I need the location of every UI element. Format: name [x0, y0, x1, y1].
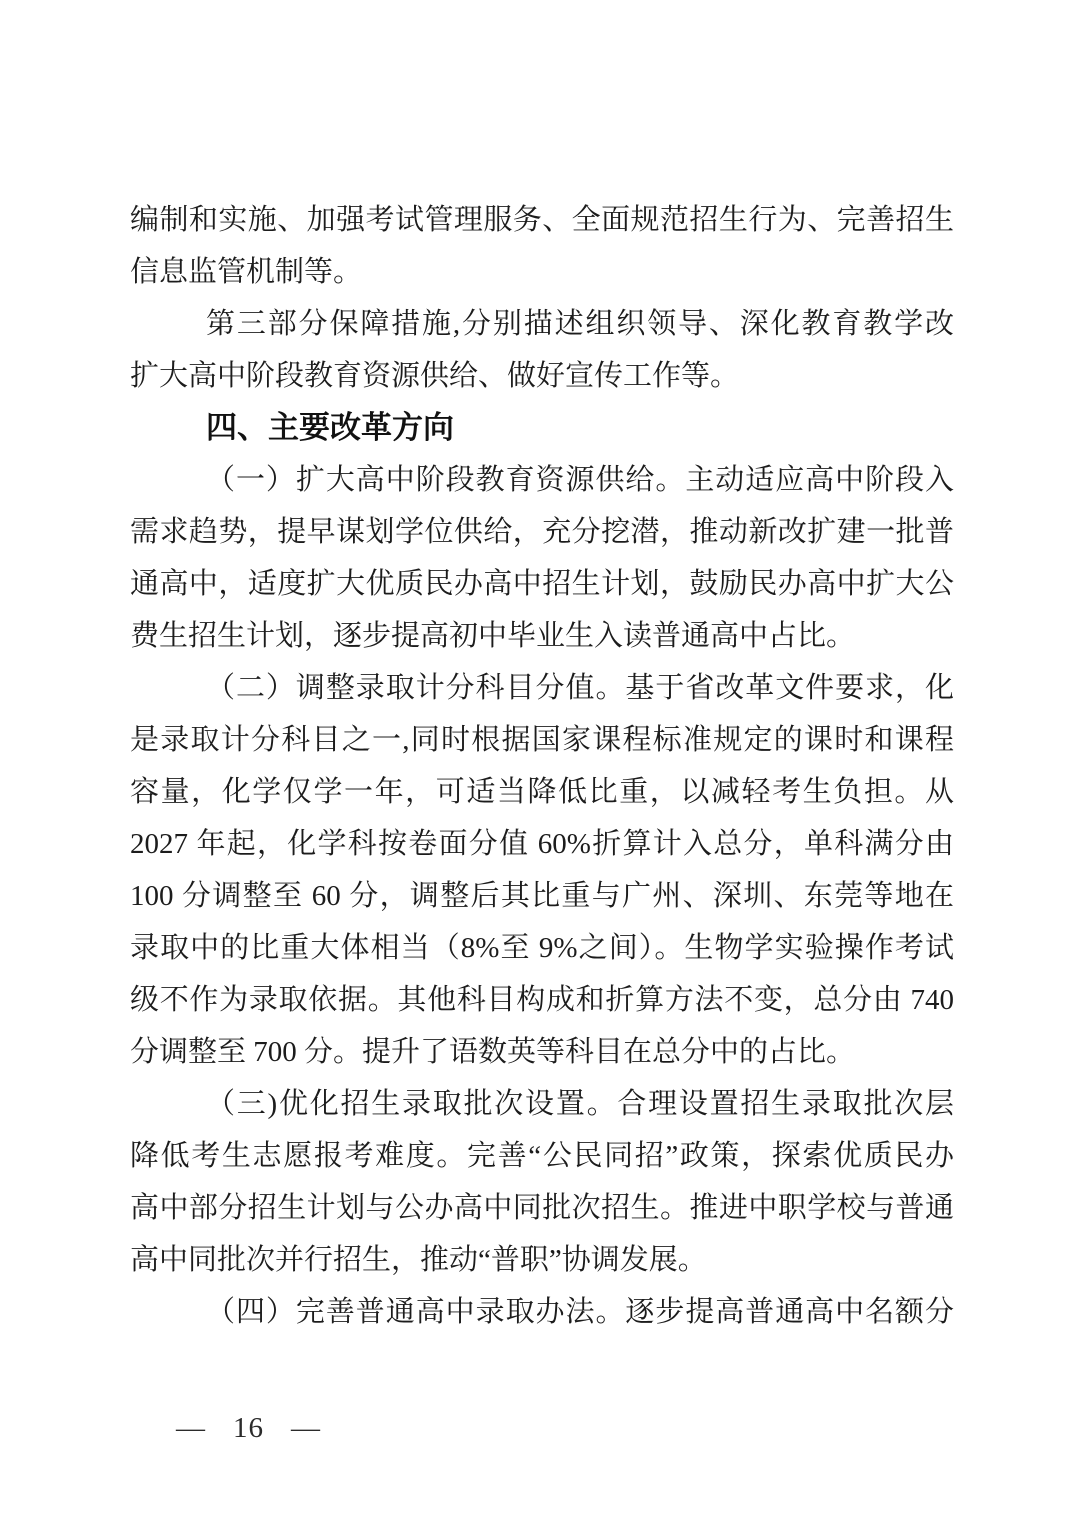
- text-line: 需求趋势，提早谋划学位供给，充分挖潜，推动新改扩建一批普: [130, 506, 954, 558]
- text-line: 高中同批次并行招生，推动“普职”协调发展。: [130, 1234, 954, 1286]
- section-heading: 四、主要改革方向: [130, 402, 954, 454]
- document-page: 编制和实施、加强考试管理服务、全面规范招生行为、完善招生信息监管机制等。第三部分…: [0, 0, 1080, 1527]
- text-line: 分调整至 700 分。提升了语数英等科目在总分中的占比。: [130, 1026, 954, 1078]
- page-footer: — 16 —: [176, 1412, 321, 1445]
- text-line: 第三部分保障措施,分别描述组织领导、深化教育教学改革、: [130, 298, 954, 350]
- text-line: 级不作为录取依据。其他科目构成和折算方法不变，总分由 740: [130, 974, 954, 1026]
- footer-dash-left: —: [176, 1412, 206, 1445]
- page-number: 16: [233, 1412, 264, 1445]
- document-body: 编制和实施、加强考试管理服务、全面规范招生行为、完善招生信息监管机制等。第三部分…: [130, 194, 954, 1338]
- text-line: 信息监管机制等。: [130, 246, 954, 298]
- text-line: 录取中的比重大体相当（8%至 9%之间）。生物学实验操作考试等: [130, 922, 954, 974]
- text-line: （三)优化招生录取批次设置。合理设置招生录取批次层次，: [130, 1078, 954, 1130]
- text-line: 100 分调整至 60 分，调整后其比重与广州、深圳、东莞等地在: [130, 870, 954, 922]
- text-line: （一）扩大高中阶段教育资源供给。主动适应高中阶段入学: [130, 454, 954, 506]
- text-line: 2027 年起，化学科按卷面分值 60%折算计入总分，单科满分由: [130, 818, 954, 870]
- text-line: （四）完善普通高中录取办法。逐步提高普通高中名额分配: [130, 1286, 954, 1338]
- text-line: 容量，化学仅学一年，可适当降低比重，以减轻考生负担。从: [130, 766, 954, 818]
- text-line: 扩大高中阶段教育资源供给、做好宣传工作等。: [130, 350, 954, 402]
- text-line: 降低考生志愿报考难度。完善“公民同招”政策，探索优质民办: [130, 1130, 954, 1182]
- text-line: （二）调整录取计分科目分值。基于省改革文件要求，化学: [130, 662, 954, 714]
- text-line: 高中部分招生计划与公办高中同批次招生。推进中职学校与普通: [130, 1182, 954, 1234]
- text-line: 是录取计分科目之一,同时根据国家课程标准规定的课时和课程: [130, 714, 954, 766]
- text-line: 编制和实施、加强考试管理服务、全面规范招生行为、完善招生: [130, 194, 954, 246]
- text-line: 通高中，适度扩大优质民办高中招生计划，鼓励民办高中扩大公: [130, 558, 954, 610]
- footer-dash-right: —: [291, 1412, 321, 1445]
- text-line: 费生招生计划，逐步提高初中毕业生入读普通高中占比。: [130, 610, 954, 662]
